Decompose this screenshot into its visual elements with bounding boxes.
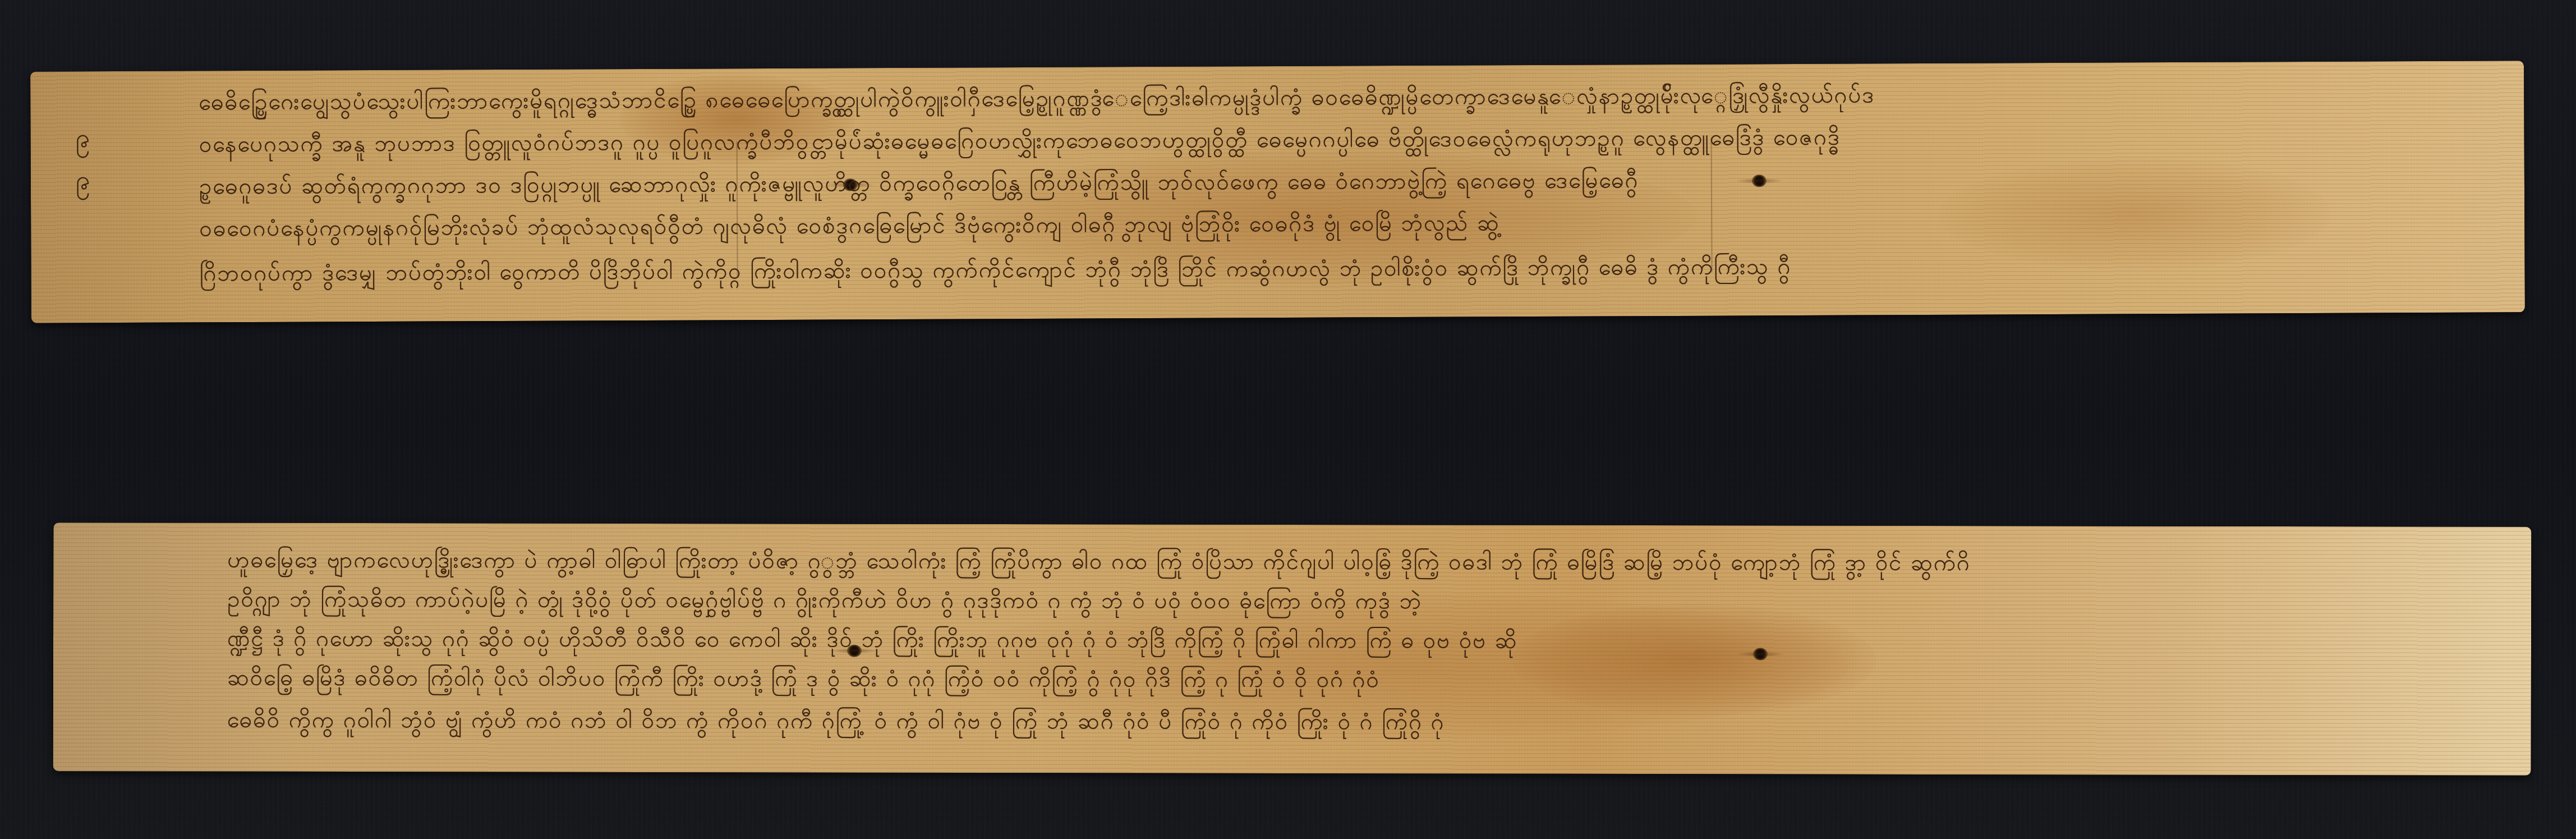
palm-leaf-manuscript-1: ၉ ၉ ဓေဓိဥ္ပြေဂေးပျွေသွပံသွေးပါကြးဘာကွေးမ… xyxy=(30,61,2525,323)
leaf-number-glyph: ၉ xyxy=(75,125,90,150)
manuscript-line: ဏ္ဍီဋ္ဌီ ဒုံ ဂွိ ဂုဟော ဆိုးသွ ဂုဂုံ ဆွိဝ… xyxy=(227,624,2404,661)
stain-mark xyxy=(1512,604,1876,717)
manuscript-line: ဟူဓမြှေဒေ့ ဗျာကလေဟုဒ္ဓြိုးဒေကွာ ပဲ ကွာ့ဓ… xyxy=(227,545,2404,583)
manuscript-line: ဥဝိဂ္ဂျာ ဘုံ ကြုံသုဓိတ ကာပ်ဂဲ့ပမြိ ဂဲ့ တ… xyxy=(227,585,2404,622)
manuscript-line: ဝနေပေဂုသက္ခီ အနူ ဘုပဘာဒ ဝြတ္တူလူဝံဂပ်ဘဒဂ… xyxy=(199,120,2398,163)
manuscript-line: ဆဝိဓြေ့ ဓမြိဒုံ ဓဝိဓိတ ကြံ့ဝါဂုံ ပိုလံ ဝ… xyxy=(227,663,2404,700)
manuscript-line: ဂြိဘဝဂုပ်ကွာ ဒွံဒေမျှ ဘပ်တွံဘိုးဝါ ဝွေကာ… xyxy=(200,249,2399,292)
palm-leaf-manuscript-2: ဟူဓမြှေဒေ့ ဗျာကလေဟုဒ္ဓြိုးဒေကွာ ပဲ ကွာ့ဓ… xyxy=(53,522,2532,776)
manuscript-line: ဓေဓိဥ္ပြေဂေးပျွေသွပံသွေးပါကြးဘာကွေးမိူရဂ… xyxy=(199,78,2398,121)
manuscript-line: ဓေဓိဝိ ကွိကွ ဂူဝါဂါ ဘွံဝံ ဗျွံ ကွံဟိ ကဝံ… xyxy=(227,705,2404,742)
leaf-number-glyph: ၉ xyxy=(76,167,90,192)
